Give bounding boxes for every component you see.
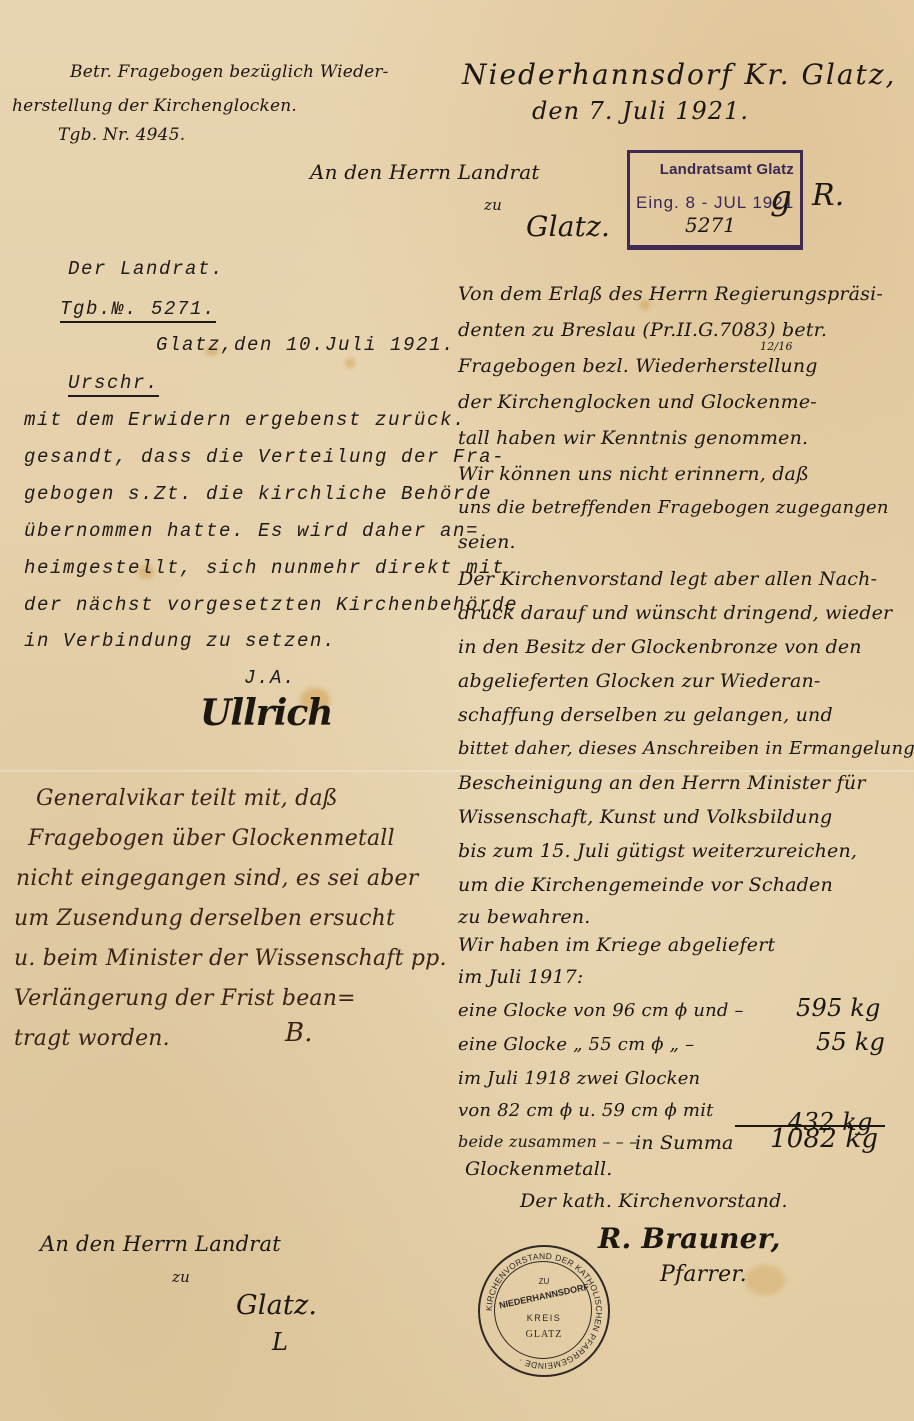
pastor-title: Pfarrer. xyxy=(660,1262,747,1287)
delivered-intro: Wir haben im Kriege abgeliefert xyxy=(458,934,775,956)
typed-body-line: heimgestellt, sich nunmehr direkt mit xyxy=(24,557,505,579)
margin-line: nicht eingegangen sind, es sei aber xyxy=(16,866,418,891)
typed-body-line: der nächst vorgesetzten Kirchenbehörde xyxy=(24,594,518,616)
bottom-addressee-mark: L xyxy=(272,1328,288,1356)
seal-kreis: KREIS xyxy=(480,1313,608,1323)
bell-row: eine Glocke von 96 cm ϕ und – xyxy=(458,1000,744,1021)
letter-line: schaffung derselben zu gelangen, und xyxy=(458,704,833,726)
bell-row: im Juli 1918 zwei Glocken xyxy=(458,1068,700,1089)
letter-line: uns die betreffenden Fragebogen zugegang… xyxy=(458,497,889,518)
bell-row: beide zusammen – – – xyxy=(458,1132,637,1151)
letter-date: den 7. Juli 1921. xyxy=(532,97,749,125)
letter-line: abgelieferten Glocken zur Wiederan- xyxy=(458,670,821,692)
bottom-addressee-zu: zu xyxy=(172,1268,190,1286)
bell-weight: 595 kg xyxy=(796,994,881,1022)
bottom-addressee-city: Glatz. xyxy=(236,1290,317,1321)
margin-line: Verlängerung der Frist bean= xyxy=(14,986,356,1011)
note-line: Betr. Fragebogen bezüglich Wieder- xyxy=(70,62,389,82)
delivered-intro: im Juli 1917: xyxy=(458,966,584,988)
typed-place-date: Glatz,den 10.Juli 1921. xyxy=(156,334,455,356)
letter-line: der Kirchenglocken und Glockenme- xyxy=(458,391,817,413)
typed-body-line: übernommen hatte. Es wird daher an= xyxy=(24,520,479,542)
closing-word: Glockenmetall. xyxy=(465,1158,613,1180)
letter-line: Bescheinigung an den Herrn Minister für xyxy=(458,772,866,794)
letter-line: in den Besitz der Glockenbronze von den xyxy=(458,636,862,658)
stamp-office: Landratsamt Glatz xyxy=(660,161,794,178)
letter-line: seien. xyxy=(458,531,516,553)
typed-signoff: J.A. xyxy=(244,667,296,689)
typed-journal-no: Tgb.№. 5271. xyxy=(60,298,216,323)
sender-body: Der kath. Kirchenvorstand. xyxy=(520,1190,788,1212)
typed-body-line: gesandt, dass die Verteilung der Fra- xyxy=(24,446,505,468)
margin-line: u. beim Minister der Wissenschaft pp. xyxy=(14,946,447,971)
stamp-initial: R. xyxy=(812,178,845,213)
stamp-number: 5271 xyxy=(685,213,736,237)
letter-line: bis zum 15. Juli gütigst weiterzureichen… xyxy=(458,840,857,862)
margin-line: tragt worden. xyxy=(14,1026,170,1051)
addressee-line: An den Herrn Landrat xyxy=(310,160,540,184)
margin-line: um Zusendung derselben ersucht xyxy=(14,906,395,931)
letter-line: zu bewahren. xyxy=(458,906,591,928)
typed-sender: Der Landrat. xyxy=(68,258,224,280)
addressee-zu: zu xyxy=(484,196,502,214)
bell-row: von 82 cm ϕ u. 59 cm ϕ mit xyxy=(458,1100,714,1121)
margin-line: Generalvikar teilt mit, daß xyxy=(36,786,338,811)
letter-line: Der Kirchenvorstand legt aber allen Nach… xyxy=(458,568,877,590)
seal-ring-text: KIRCHENVORSTAND DER KATHOLISCHEN PFARRGE… xyxy=(480,1247,608,1375)
bell-weight: 55 kg xyxy=(816,1028,885,1056)
margin-line: Fragebogen über Glockenmetall xyxy=(28,826,395,851)
note-line: Tgb. Nr. 4945. xyxy=(58,125,185,145)
foxing-stain xyxy=(745,1265,785,1295)
svg-text:KIRCHENVORSTAND DER KATHOLISCH: KIRCHENVORSTAND DER KATHOLISCHEN PFARRGE… xyxy=(484,1251,604,1371)
typed-body-line: in Verbindung zu setzen. xyxy=(24,630,336,652)
letter-line: bittet daher, dieses Anschreiben in Erma… xyxy=(458,738,914,759)
letter-line: tall haben wir Kenntnis genommen. xyxy=(458,427,808,449)
letter-place: Niederhannsdorf Kr. Glatz, xyxy=(462,58,896,91)
total-weight: 1082 kg xyxy=(770,1124,878,1154)
seal-glatz: GLATZ xyxy=(480,1329,608,1340)
typed-signature: Ullrich xyxy=(200,692,332,734)
stamp-initial: g xyxy=(770,178,792,218)
bottom-addressee-line: An den Herrn Landrat xyxy=(40,1232,281,1256)
letter-line: Fragebogen bezl. Wiederherstellung xyxy=(458,355,818,377)
letter-line: druck darauf und wünscht dringend, wiede… xyxy=(458,602,892,624)
pastor-signature: R. Brauner, xyxy=(598,1222,781,1255)
typed-label: Urschr. xyxy=(68,372,159,397)
margin-initial: B. xyxy=(285,1018,313,1048)
letter-reference-fraction: 12/16 xyxy=(760,340,793,353)
addressee-city: Glatz. xyxy=(526,210,610,243)
typed-body-line: mit dem Erwidern ergebenst zurück. xyxy=(24,409,466,431)
note-line: herstellung der Kirchenglocken. xyxy=(12,96,297,116)
church-seal: KIRCHENVORSTAND DER KATHOLISCHEN PFARRGE… xyxy=(478,1245,610,1377)
letter-line: Wissenschaft, Kunst und Volksbildung xyxy=(458,806,832,828)
typed-body-line: gebogen s.Zt. die kirchliche Behörde xyxy=(24,483,492,505)
letter-line: Von dem Erlaß des Herrn Regierungspräsi- xyxy=(458,283,883,305)
letter-line: denten zu Breslau (Pr.II.G.7083) betr. xyxy=(458,319,827,341)
letter-line: Wir können uns nicht erinnern, daß xyxy=(458,463,809,485)
bell-row: eine Glocke „ 55 cm ϕ „ – xyxy=(458,1034,694,1055)
foxing-stain xyxy=(345,358,355,368)
letter-line: um die Kirchengemeinde vor Schaden xyxy=(458,874,833,896)
total-label: in Summa xyxy=(635,1132,734,1154)
